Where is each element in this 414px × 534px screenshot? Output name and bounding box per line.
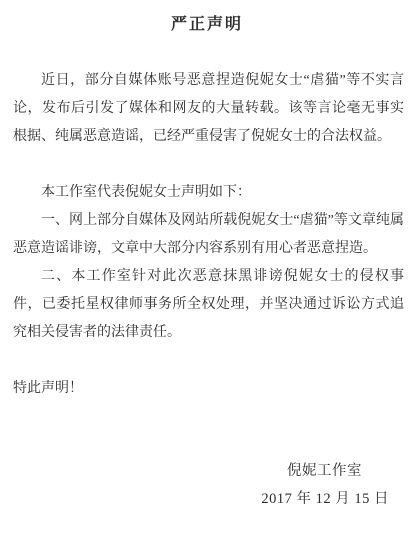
signature-block: 倪妮工作室 2017 年 12 月 15 日 xyxy=(0,457,414,513)
statement-paragraph: 本工作室代表倪妮女士声明如下： xyxy=(13,179,404,207)
statement-paragraph: 近日，部分自媒体账号恶意捏造倪妮女士“虐猫”等不实言论，发布后引发了媒体和网友的… xyxy=(13,67,404,151)
signature-name: 倪妮工作室 xyxy=(287,457,362,485)
statement-paragraph: 一、网上部分自媒体及网站所载倪妮女士“虐猫”等文章纯属恶意造谣诽谤，文章中大部分… xyxy=(13,207,404,263)
document-title: 严正声明 xyxy=(0,0,414,37)
signature-date: 2017 年 12 月 15 日 xyxy=(261,485,389,513)
statement-body: 近日，部分自媒体账号恶意捏造倪妮女士“虐猫”等不实言论，发布后引发了媒体和网友的… xyxy=(0,67,414,403)
statement-paragraph: 特此声明！ xyxy=(13,375,404,403)
statement-paragraph: 二、本工作室针对此次恶意抹黑诽谤倪妮女士的侵权事件，已委托星权律师事务所全权处理… xyxy=(13,263,404,347)
statement-document: 严正声明 近日，部分自媒体账号恶意捏造倪妮女士“虐猫”等不实言论，发布后引发了媒… xyxy=(0,0,414,534)
